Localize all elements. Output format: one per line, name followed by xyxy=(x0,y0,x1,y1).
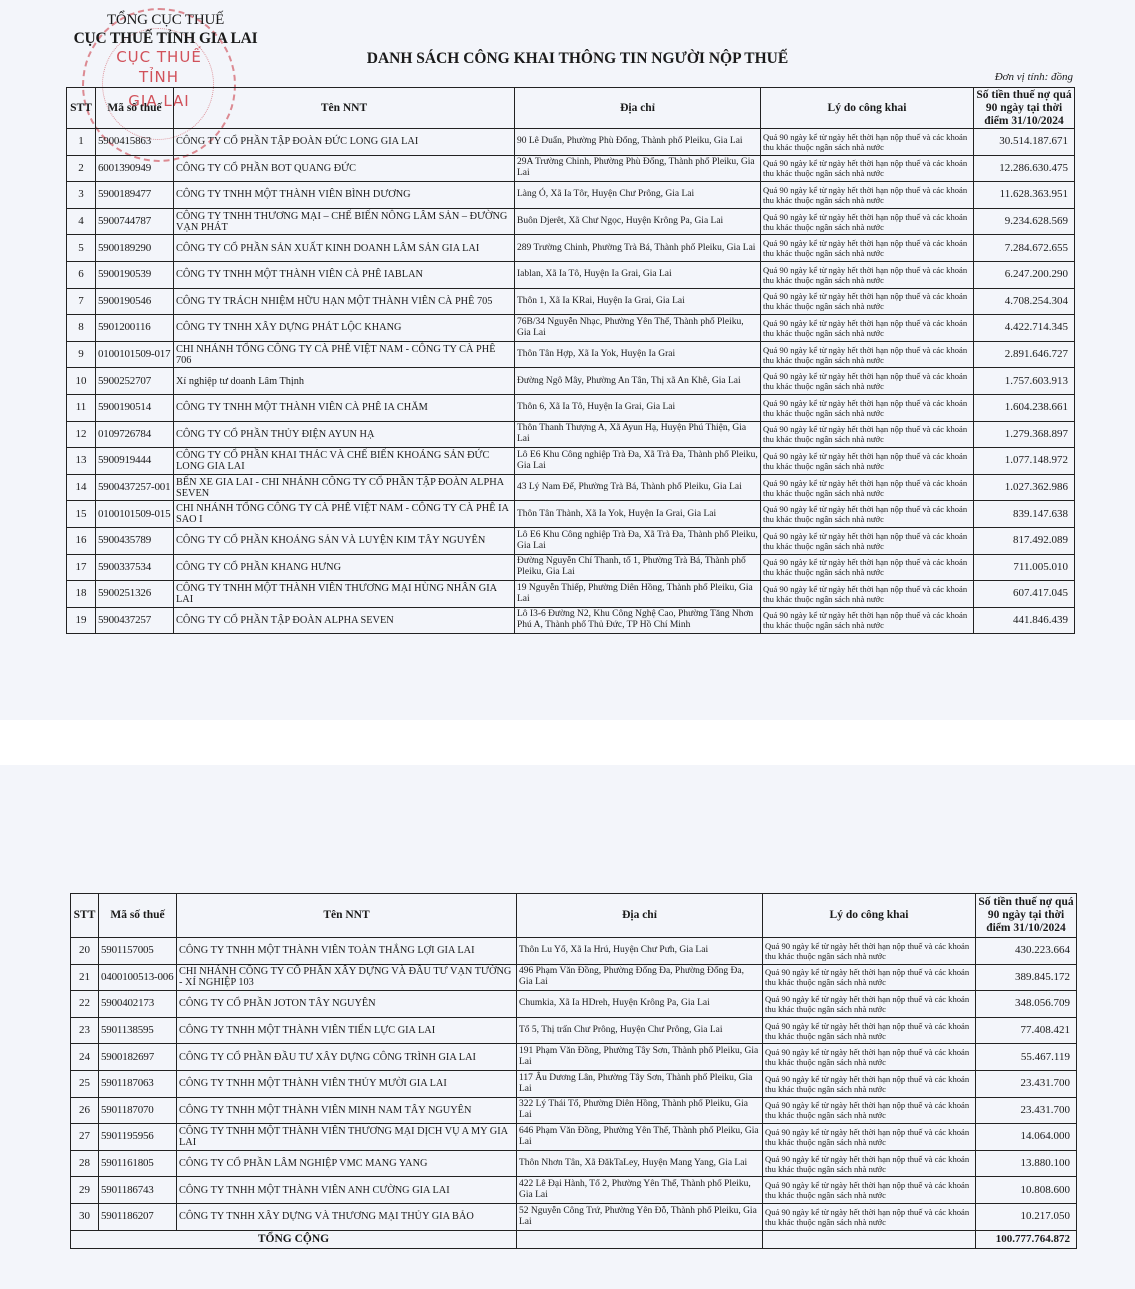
cell-address: Thôn Thanh Thượng A, Xã Ayun Hạ, Huyện P… xyxy=(515,421,761,448)
cell-reason: Quá 90 ngày kể từ ngày hết thời hạn nộp … xyxy=(763,991,976,1018)
cell-address: Làng Ó, Xã Ia Tôr, Huyện Chư Prông, Gia … xyxy=(515,182,761,209)
cell-tax-code: 5900189477 xyxy=(96,182,174,209)
cell-address: Thôn Tân Thành, Xã Ia Yok, Huyện Ia Grai… xyxy=(515,501,761,528)
cell-tax-code: 0100101509-017 xyxy=(96,341,174,368)
cell-stt: 24 xyxy=(71,1044,99,1071)
cell-tax-code: 5900435789 xyxy=(96,527,174,554)
table-row: 135900919444CÔNG TY CỔ PHẦN KHAI THÁC VÀ… xyxy=(67,448,1075,475)
cell-reason: Quá 90 ngày kể từ ngày hết thời hạn nộp … xyxy=(761,607,974,634)
cell-tax-code: 0100101509-015 xyxy=(96,501,174,528)
cell-stt: 27 xyxy=(71,1124,99,1151)
cell-reason: Quá 90 ngày kể từ ngày hết thời hạn nộp … xyxy=(761,315,974,342)
cell-taxpayer-name: CÔNG TY TNHH MỘT THÀNH VIÊN ANH CƯỜNG GI… xyxy=(177,1177,517,1204)
cell-address: Lô I3-6 Đường N2, Khu Công Nghệ Cao, Phư… xyxy=(515,607,761,634)
table-row: 145900437257-001BẾN XE GIA LAI - CHI NHÁ… xyxy=(67,474,1075,501)
cell-stt: 2 xyxy=(67,155,96,182)
cell-address: Lô E6 Khu Công nghiệp Trà Đa, Xã Trà Đa,… xyxy=(515,527,761,554)
cell-stt: 25 xyxy=(71,1070,99,1097)
cell-amount: 9.234.628.569 xyxy=(974,208,1075,235)
total-amount: 100.777.764.872 xyxy=(976,1230,1077,1248)
table-row: 205901157005CÔNG TY TNHH MỘT THÀNH VIÊN … xyxy=(71,938,1077,965)
cell-stt: 26 xyxy=(71,1097,99,1124)
column-header-reason: Lý do công khai xyxy=(763,894,976,938)
cell-address: Iablan, Xã Ia Tô, Huyện Ia Grai, Gia Lai xyxy=(515,261,761,288)
cell-address: Chumkia, Xã Ia HDreh, Huyện Krông Pa, Gi… xyxy=(517,991,763,1018)
cell-amount: 1.027.362.986 xyxy=(974,474,1075,501)
cell-reason: Quá 90 ngày kể từ ngày hết thời hạn nộp … xyxy=(761,581,974,608)
cell-reason: Quá 90 ngày kể từ ngày hết thời hạn nộp … xyxy=(761,554,974,581)
cell-tax-code: 6001390949 xyxy=(96,155,174,182)
table-row: 265901187070CÔNG TY TNHH MỘT THÀNH VIÊN … xyxy=(71,1097,1077,1124)
cell-tax-code: 5901195956 xyxy=(99,1124,177,1151)
cell-address: 90 Lê Duẩn, Phường Phù Đổng, Thành phố P… xyxy=(515,129,761,156)
cell-stt: 19 xyxy=(67,607,96,634)
cell-taxpayer-name: CÔNG TY CỔ PHẦN TẬP ĐOÀN ALPHA SEVEN xyxy=(174,607,515,634)
column-header-stt: STT xyxy=(71,894,99,938)
table-row: 26001390949CÔNG TY CỔ PHẦN BOT QUANG ĐỨC… xyxy=(67,155,1075,182)
cell-taxpayer-name: CÔNG TY CỔ PHẦN KHAI THÁC VÀ CHẾ BIẾN KH… xyxy=(174,448,515,475)
cell-amount: 1.757.603.913 xyxy=(974,368,1075,395)
cell-reason: Quá 90 ngày kể từ ngày hết thời hạn nộp … xyxy=(761,448,974,475)
cell-tax-code: 5900190514 xyxy=(96,394,174,421)
cell-amount: 817.492.089 xyxy=(974,527,1075,554)
cell-tax-code: 5900437257-001 xyxy=(96,474,174,501)
cell-taxpayer-name: CÔNG TY CỔ PHẦN KHANG HƯNG xyxy=(174,554,515,581)
table-row: 90100101509-017CHI NHÁNH TỔNG CÔNG TY CÀ… xyxy=(67,341,1075,368)
cell-stt: 3 xyxy=(67,182,96,209)
table-row: 245900182697CÔNG TY CỔ PHẦN ĐẦU TƯ XÂY D… xyxy=(71,1044,1077,1071)
cell-taxpayer-name: CÔNG TY TRÁCH NHIỆM HỮU HẠN MỘT THÀNH VI… xyxy=(174,288,515,315)
document-title: DANH SÁCH CÔNG KHAI THÔNG TIN NGƯỜI NỘP … xyxy=(0,50,1135,68)
cell-reason: Quá 90 ngày kể từ ngày hết thời hạn nộp … xyxy=(761,394,974,421)
cell-address: Thôn 6, Xã Ia Tô, Huyện Ia Grai, Gia Lai xyxy=(515,394,761,421)
cell-address: 646 Phạm Văn Đồng, Phường Yên Thế, Thành… xyxy=(517,1124,763,1151)
cell-tax-code: 0400100513-006 xyxy=(99,964,177,991)
cell-stt: 14 xyxy=(67,474,96,501)
cell-address: 19 Nguyễn Thiếp, Phường Diên Hồng, Thành… xyxy=(515,581,761,608)
cell-tax-code: 5900190539 xyxy=(96,261,174,288)
column-header-address: Địa chỉ xyxy=(515,88,761,129)
table-row: 120109726784CÔNG TY CỔ PHẦN THỦY ĐIỆN AY… xyxy=(67,421,1075,448)
cell-address: Đường Nguyễn Chí Thanh, tổ 1, Phường Trà… xyxy=(515,554,761,581)
cell-stt: 15 xyxy=(67,501,96,528)
cell-tax-code: 5900744787 xyxy=(96,208,174,235)
table-row: 210400100513-006CHI NHÁNH CÔNG TY CỔ PHẦ… xyxy=(71,964,1077,991)
cell-tax-code: 5900251326 xyxy=(96,581,174,608)
cell-address: 43 Lý Nam Đế, Phường Trà Bá, Thành phố P… xyxy=(515,474,761,501)
cell-stt: 17 xyxy=(67,554,96,581)
cell-tax-code: 0109726784 xyxy=(96,421,174,448)
cell-reason: Quá 90 ngày kể từ ngày hết thời hạn nộp … xyxy=(761,527,974,554)
cell-amount: 4.422.714.345 xyxy=(974,315,1075,342)
table-row: 45900744787CÔNG TY TNHH THƯƠNG MẠI – CHẾ… xyxy=(67,208,1075,235)
cell-taxpayer-name: CÔNG TY TNHH MỘT THÀNH VIÊN MINH NAM TÂY… xyxy=(177,1097,517,1124)
cell-amount: 839.147.638 xyxy=(974,501,1075,528)
cell-tax-code: 5901161805 xyxy=(99,1150,177,1177)
cell-reason: Quá 90 ngày kể từ ngày hết thời hạn nộp … xyxy=(763,938,976,965)
cell-amount: 12.286.630.475 xyxy=(974,155,1075,182)
cell-stt: 18 xyxy=(67,581,96,608)
cell-reason: Quá 90 ngày kể từ ngày hết thời hạn nộp … xyxy=(761,182,974,209)
cell-amount: 607.417.045 xyxy=(974,581,1075,608)
cell-stt: 21 xyxy=(71,964,99,991)
cell-taxpayer-name: CÔNG TY TNHH XÂY DỰNG VÀ THƯƠNG MẠI THỦY… xyxy=(177,1203,517,1230)
cell-address: 289 Trường Chinh, Phường Trà Bá, Thành p… xyxy=(515,235,761,262)
cell-reason: Quá 90 ngày kể từ ngày hết thời hạn nộp … xyxy=(763,1150,976,1177)
cell-taxpayer-name: CÔNG TY CỔ PHẦN BOT QUANG ĐỨC xyxy=(174,155,515,182)
cell-tax-code: 5900189290 xyxy=(96,235,174,262)
cell-reason: Quá 90 ngày kể từ ngày hết thời hạn nộp … xyxy=(763,1017,976,1044)
total-address-empty xyxy=(517,1230,763,1248)
table-row: 225900402173CÔNG TY CỔ PHẦN JOTON TÂY NG… xyxy=(71,991,1077,1018)
cell-taxpayer-name: CÔNG TY TNHH MỘT THÀNH VIÊN CÀ PHÊ IABLA… xyxy=(174,261,515,288)
table-row: 195900437257CÔNG TY CỔ PHẦN TẬP ĐOÀN ALP… xyxy=(67,607,1075,634)
cell-taxpayer-name: CÔNG TY TNHH MỘT THÀNH VIÊN THỦY MƯỜI GI… xyxy=(177,1070,517,1097)
cell-stt: 13 xyxy=(67,448,96,475)
total-row: TỔNG CỘNG 100.777.764.872 xyxy=(71,1230,1077,1248)
cell-stt: 16 xyxy=(67,527,96,554)
cell-amount: 711.005.010 xyxy=(974,554,1075,581)
cell-address: 52 Nguyễn Công Trứ, Phường Yên Đỗ, Thành… xyxy=(517,1203,763,1230)
cell-tax-code: 5900415863 xyxy=(96,129,174,156)
cell-taxpayer-name: CÔNG TY CỔ PHẦN THỦY ĐIỆN AYUN HẠ xyxy=(174,421,515,448)
cell-tax-code: 5900190546 xyxy=(96,288,174,315)
cell-amount: 23.431.700 xyxy=(976,1070,1077,1097)
cell-reason: Quá 90 ngày kể từ ngày hết thời hạn nộp … xyxy=(761,288,974,315)
cell-reason: Quá 90 ngày kể từ ngày hết thời hạn nộp … xyxy=(763,964,976,991)
cell-stt: 8 xyxy=(67,315,96,342)
cell-taxpayer-name: CÔNG TY TNHH MỘT THÀNH VIÊN BÌNH DƯƠNG xyxy=(174,182,515,209)
table-row: 275901195956CÔNG TY TNHH MỘT THÀNH VIÊN … xyxy=(71,1124,1077,1151)
cell-stt: 11 xyxy=(67,394,96,421)
column-header-name: Tên NNT xyxy=(177,894,517,938)
cell-taxpayer-name: CÔNG TY CỔ PHẦN LÂM NGHIỆP VMC MANG YANG xyxy=(177,1150,517,1177)
table-row: 295901186743CÔNG TY TNHH MỘT THÀNH VIÊN … xyxy=(71,1177,1077,1204)
cell-address: 422 Lê Đại Hành, Tổ 2, Phường Yên Thế, T… xyxy=(517,1177,763,1204)
cell-stt: 10 xyxy=(67,368,96,395)
cell-amount: 6.247.200.290 xyxy=(974,261,1075,288)
cell-stt: 6 xyxy=(67,261,96,288)
parent-agency: TỔNG CỤC THUẾ xyxy=(68,12,263,29)
cell-tax-code: 5900337534 xyxy=(96,554,174,581)
cell-tax-code: 5900252707 xyxy=(96,368,174,395)
cell-address: Lô E6 Khu Công nghiệp Trà Đa, Xã Trà Đa,… xyxy=(515,448,761,475)
cell-amount: 7.284.672.655 xyxy=(974,235,1075,262)
column-header-address: Địa chỉ xyxy=(517,894,763,938)
cell-taxpayer-name: CÔNG TY TNHH THƯƠNG MẠI – CHẾ BIẾN NÔNG … xyxy=(174,208,515,235)
cell-stt: 20 xyxy=(71,938,99,965)
cell-amount: 2.891.646.727 xyxy=(974,341,1075,368)
cell-reason: Quá 90 ngày kể từ ngày hết thời hạn nộp … xyxy=(761,341,974,368)
cell-tax-code: 5901200116 xyxy=(96,315,174,342)
cell-amount: 77.408.421 xyxy=(976,1017,1077,1044)
column-header-amount: Số tiền thuế nợ quá 90 ngày tại thời điể… xyxy=(974,88,1075,129)
cell-amount: 23.431.700 xyxy=(976,1097,1077,1124)
table-row: 115900190514CÔNG TY TNHH MỘT THÀNH VIÊN … xyxy=(67,394,1075,421)
cell-reason: Quá 90 ngày kể từ ngày hết thời hạn nộp … xyxy=(761,368,974,395)
table-row: 150100101509-015CHI NHÁNH TỔNG CÔNG TY C… xyxy=(67,501,1075,528)
table-row: 65900190539CÔNG TY TNHH MỘT THÀNH VIÊN C… xyxy=(67,261,1075,288)
cell-tax-code: 5901157005 xyxy=(99,938,177,965)
cell-reason: Quá 90 ngày kể từ ngày hết thời hạn nộp … xyxy=(763,1203,976,1230)
cell-taxpayer-name: Xí nghiệp tư doanh Lâm Thịnh xyxy=(174,368,515,395)
cell-stt: 22 xyxy=(71,991,99,1018)
cell-stt: 7 xyxy=(67,288,96,315)
cell-reason: Quá 90 ngày kể từ ngày hết thời hạn nộp … xyxy=(761,155,974,182)
cell-taxpayer-name: CÔNG TY CỔ PHẦN KHOÁNG SẢN VÀ LUYỆN KIM … xyxy=(174,527,515,554)
cell-reason: Quá 90 ngày kể từ ngày hết thời hạn nộp … xyxy=(763,1124,976,1151)
cell-address: Thôn 1, Xã Ia KRai, Huyện Ia Grai, Gia L… xyxy=(515,288,761,315)
cell-tax-code: 5900402173 xyxy=(99,991,177,1018)
cell-amount: 389.845.172 xyxy=(976,964,1077,991)
cell-amount: 348.056.709 xyxy=(976,991,1077,1018)
table-row: 235901138595CÔNG TY TNHH MỘT THÀNH VIÊN … xyxy=(71,1017,1077,1044)
cell-reason: Quá 90 ngày kể từ ngày hết thời hạn nộp … xyxy=(761,129,974,156)
cell-stt: 23 xyxy=(71,1017,99,1044)
cell-address: Đường Ngô Mây, Phường An Tân, Thị xã An … xyxy=(515,368,761,395)
cell-tax-code: 5901187063 xyxy=(99,1070,177,1097)
cell-address: Tổ 5, Thị trấn Chư Prông, Huyện Chư Prôn… xyxy=(517,1017,763,1044)
cell-address: 76B/34 Nguyễn Nhạc, Phường Yên Thế, Thàn… xyxy=(515,315,761,342)
table-row: 35900189477CÔNG TY TNHH MỘT THÀNH VIÊN B… xyxy=(67,182,1075,209)
cell-taxpayer-name: CÔNG TY TNHH MỘT THÀNH VIÊN THƯƠNG MẠI D… xyxy=(177,1124,517,1151)
cell-tax-code: 5900182697 xyxy=(99,1044,177,1071)
cell-address: Thôn Nhơn Tân, Xã ĐăkTaLey, Huyện Mang Y… xyxy=(517,1150,763,1177)
column-header-name: Tên NNT xyxy=(174,88,515,129)
cell-address: 29A Trường Chinh, Phường Phù Đổng, Thành… xyxy=(515,155,761,182)
cell-amount: 30.514.187.671 xyxy=(974,129,1075,156)
cell-tax-code: 5900437257 xyxy=(96,607,174,634)
cell-reason: Quá 90 ngày kể từ ngày hết thời hạn nộp … xyxy=(763,1070,976,1097)
cell-amount: 1.279.368.897 xyxy=(974,421,1075,448)
cell-tax-code: 5901138595 xyxy=(99,1017,177,1044)
table-row: 285901161805CÔNG TY CỔ PHẦN LÂM NGHIỆP V… xyxy=(71,1150,1077,1177)
agency-name: CỤC THUẾ TỈNH GIA LAI xyxy=(68,30,263,48)
cell-reason: Quá 90 ngày kể từ ngày hết thời hạn nộp … xyxy=(761,501,974,528)
table-row: 15900415863CÔNG TY CỔ PHẦN TẬP ĐOÀN ĐỨC … xyxy=(67,129,1075,156)
unit-note: Đơn vị tính: đồng xyxy=(995,71,1073,83)
table-row: 105900252707Xí nghiệp tư doanh Lâm Thịnh… xyxy=(67,368,1075,395)
cell-stt: 30 xyxy=(71,1203,99,1230)
cell-taxpayer-name: CÔNG TY TNHH MỘT THÀNH VIÊN TOÀN THẮNG L… xyxy=(177,938,517,965)
total-reason-empty xyxy=(763,1230,976,1248)
column-header-tax-code: Mã số thuế xyxy=(96,88,174,129)
cell-taxpayer-name: CÔNG TY CỔ PHẦN TẬP ĐOÀN ĐỨC LONG GIA LA… xyxy=(174,129,515,156)
cell-stt: 9 xyxy=(67,341,96,368)
cell-tax-code: 5901187070 xyxy=(99,1097,177,1124)
cell-amount: 13.880.100 xyxy=(976,1150,1077,1177)
cell-reason: Quá 90 ngày kể từ ngày hết thời hạn nộp … xyxy=(763,1097,976,1124)
cell-taxpayer-name: CÔNG TY TNHH MỘT THÀNH VIÊN CÀ PHÊ IA CH… xyxy=(174,394,515,421)
table-header-row: STT Mã số thuế Tên NNT Địa chỉ Lý do côn… xyxy=(67,88,1075,129)
table-row: 175900337534CÔNG TY CỔ PHẦN KHANG HƯNGĐư… xyxy=(67,554,1075,581)
cell-amount: 11.628.363.951 xyxy=(974,182,1075,209)
taxpayer-table-page-2: STT Mã số thuế Tên NNT Địa chỉ Lý do côn… xyxy=(70,893,1077,1249)
cell-taxpayer-name: BẾN XE GIA LAI - CHI NHÁNH CÔNG TY CỔ PH… xyxy=(174,474,515,501)
cell-taxpayer-name: CÔNG TY TNHH XÂY DỰNG PHÁT LỘC KHANG xyxy=(174,315,515,342)
cell-address: 191 Phạm Văn Đồng, Phường Tây Sơn, Thành… xyxy=(517,1044,763,1071)
cell-address: 322 Lý Thái Tổ, Phường Diên Hồng, Thành … xyxy=(517,1097,763,1124)
cell-address: 496 Phạm Văn Đồng, Phường Đống Đa, Phườn… xyxy=(517,964,763,991)
cell-taxpayer-name: CHI NHÁNH CÔNG TY CỔ PHẦN XÂY DỰNG VÀ ĐẦ… xyxy=(177,964,517,991)
cell-stt: 28 xyxy=(71,1150,99,1177)
table-row: 55900189290CÔNG TY CỔ PHẦN SẢN XUẤT KINH… xyxy=(67,235,1075,262)
cell-stt: 12 xyxy=(67,421,96,448)
cell-reason: Quá 90 ngày kể từ ngày hết thời hạn nộp … xyxy=(763,1044,976,1071)
cell-taxpayer-name: CÔNG TY TNHH MỘT THÀNH VIÊN TIẾN LỰC GIA… xyxy=(177,1017,517,1044)
cell-address: 117 Âu Dương Lân, Phường Tây Sơn, Thành … xyxy=(517,1070,763,1097)
cell-address: Buôn Djerêt, Xã Chư Ngọc, Huyện Krông Pa… xyxy=(515,208,761,235)
cell-amount: 1.077.148.972 xyxy=(974,448,1075,475)
cell-address: Thôn Tân Hợp, Xã Ia Yok, Huyện Ia Grai xyxy=(515,341,761,368)
cell-amount: 441.846.439 xyxy=(974,607,1075,634)
cell-reason: Quá 90 ngày kể từ ngày hết thời hạn nộp … xyxy=(761,235,974,262)
table-header-row: STT Mã số thuế Tên NNT Địa chỉ Lý do côn… xyxy=(71,894,1077,938)
cell-stt: 1 xyxy=(67,129,96,156)
cell-tax-code: 5901186743 xyxy=(99,1177,177,1204)
cell-taxpayer-name: CÔNG TY TNHH MỘT THÀNH VIÊN THƯƠNG MẠI H… xyxy=(174,581,515,608)
column-header-tax-code: Mã số thuế xyxy=(99,894,177,938)
cell-taxpayer-name: CÔNG TY CỔ PHẦN SẢN XUẤT KINH DOANH LÂM … xyxy=(174,235,515,262)
cell-amount: 4.708.254.304 xyxy=(974,288,1075,315)
cell-reason: Quá 90 ngày kể từ ngày hết thời hạn nộp … xyxy=(761,261,974,288)
cell-tax-code: 5900919444 xyxy=(96,448,174,475)
cell-reason: Quá 90 ngày kể từ ngày hết thời hạn nộp … xyxy=(763,1177,976,1204)
table-row: 185900251326CÔNG TY TNHH MỘT THÀNH VIÊN … xyxy=(67,581,1075,608)
cell-stt: 4 xyxy=(67,208,96,235)
cell-address: Thôn Lu Yố, Xã Ia Hrú, Huyện Chư Pưh, Gi… xyxy=(517,938,763,965)
cell-amount: 10.217.050 xyxy=(976,1203,1077,1230)
cell-taxpayer-name: CHI NHÁNH TỔNG CÔNG TY CÀ PHÊ VIỆT NAM -… xyxy=(174,341,515,368)
table-row: 255901187063CÔNG TY TNHH MỘT THÀNH VIÊN … xyxy=(71,1070,1077,1097)
cell-stt: 5 xyxy=(67,235,96,262)
cell-amount: 10.808.600 xyxy=(976,1177,1077,1204)
table-row: 305901186207CÔNG TY TNHH XÂY DỰNG VÀ THƯ… xyxy=(71,1203,1077,1230)
table-row: 75900190546CÔNG TY TRÁCH NHIỆM HỮU HẠN M… xyxy=(67,288,1075,315)
cell-taxpayer-name: CHI NHÁNH TỔNG CÔNG TY CÀ PHÊ VIỆT NAM -… xyxy=(174,501,515,528)
stamp-text-line-2: TỈNH xyxy=(84,68,234,86)
cell-taxpayer-name: CÔNG TY CỔ PHẦN ĐẦU TƯ XÂY DỰNG CÔNG TRÌ… xyxy=(177,1044,517,1071)
cell-reason: Quá 90 ngày kể từ ngày hết thời hạn nộp … xyxy=(761,474,974,501)
cell-amount: 55.467.119 xyxy=(976,1044,1077,1071)
taxpayer-table-page-1: STT Mã số thuế Tên NNT Địa chỉ Lý do côn… xyxy=(66,87,1075,634)
cell-reason: Quá 90 ngày kể từ ngày hết thời hạn nộp … xyxy=(761,421,974,448)
cell-reason: Quá 90 ngày kể từ ngày hết thời hạn nộp … xyxy=(761,208,974,235)
table-row: 165900435789CÔNG TY CỔ PHẦN KHOÁNG SẢN V… xyxy=(67,527,1075,554)
document-page-1: CỤC THUẾ TỈNH GIA LAI TỔNG CỤC THUẾ CỤC … xyxy=(0,0,1135,720)
cell-amount: 430.223.664 xyxy=(976,938,1077,965)
column-header-stt: STT xyxy=(67,88,96,129)
cell-taxpayer-name: CÔNG TY CỔ PHẦN JOTON TÂY NGUYÊN xyxy=(177,991,517,1018)
table-row: 85901200116CÔNG TY TNHH XÂY DỰNG PHÁT LỘ… xyxy=(67,315,1075,342)
cell-stt: 29 xyxy=(71,1177,99,1204)
cell-amount: 14.064.000 xyxy=(976,1124,1077,1151)
cell-tax-code: 5901186207 xyxy=(99,1203,177,1230)
cell-amount: 1.604.238.661 xyxy=(974,394,1075,421)
column-header-amount: Số tiền thuế nợ quá 90 ngày tại thời điể… xyxy=(976,894,1077,938)
total-label: TỔNG CỘNG xyxy=(71,1230,517,1248)
column-header-reason: Lý do công khai xyxy=(761,88,974,129)
